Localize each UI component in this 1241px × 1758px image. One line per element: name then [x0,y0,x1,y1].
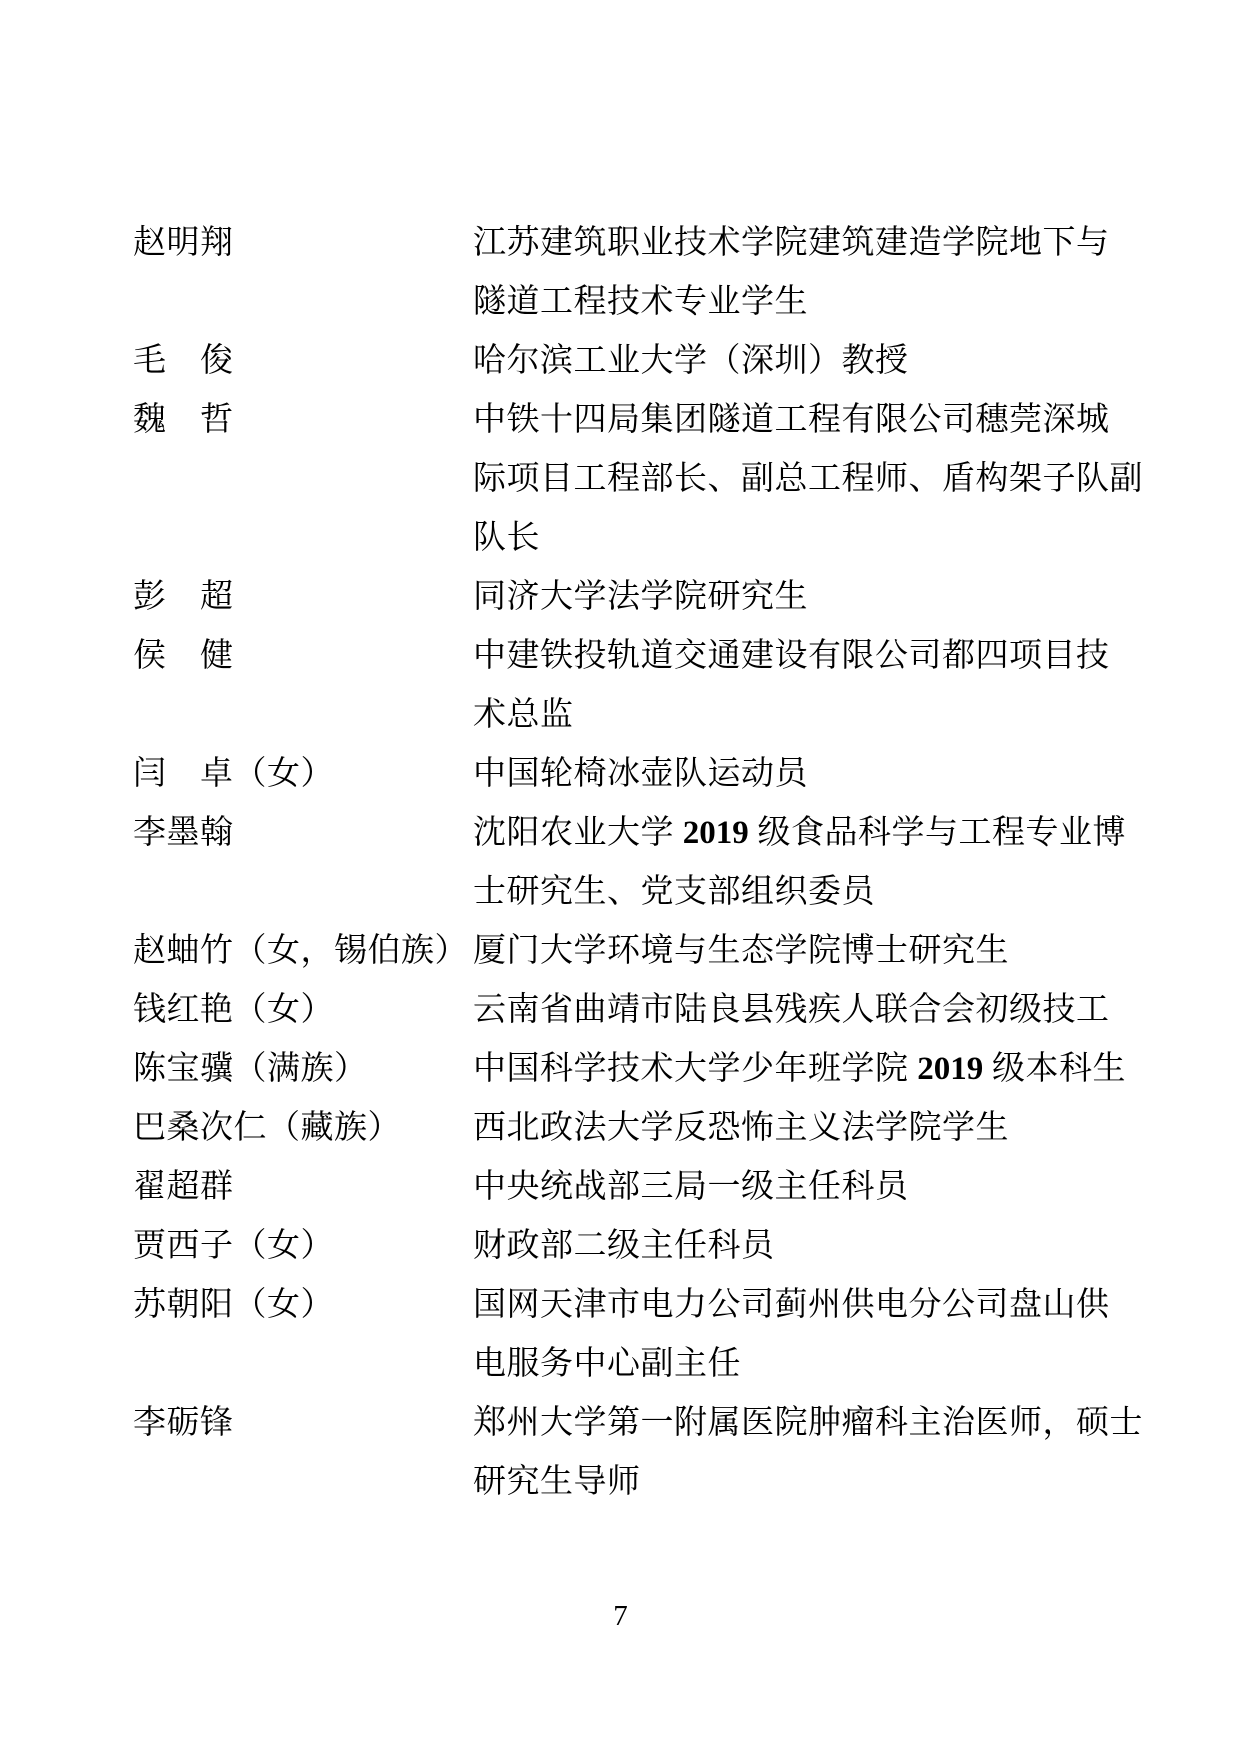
person-title: 西北政法大学反恐怖主义法学院学生 [473,1099,1193,1158]
title-line: 哈尔滨工业大学（深圳）教授 [473,332,1193,391]
list-entry: 巴桑次仁（藏族） 西北政法大学反恐怖主义法学院学生 [133,1099,1193,1158]
title-line: 财政部二级主任科员 [473,1217,1193,1276]
title-line: 中国科学技术大学少年班学院 2019 级本科生 [473,1040,1193,1099]
person-name: 陈宝骥（满族） [133,1040,473,1099]
person-title: 中国轮椅冰壶队运动员 [473,745,1193,804]
person-name: 毛 俊 [133,332,473,391]
title-line: 际项目工程部长、副总工程师、盾构架子队副 [473,450,1193,509]
title-line: 士研究生、党支部组织委员 [473,863,1193,922]
list-entry: 翟超群 中央统战部三局一级主任科员 [133,1158,1193,1217]
person-name: 李墨翰 [133,804,473,863]
person-title: 财政部二级主任科员 [473,1217,1193,1276]
person-name: 翟超群 [133,1158,473,1217]
title-line: 中央统战部三局一级主任科员 [473,1158,1193,1217]
title-line: 江苏建筑职业技术学院建筑建造学院地下与 [473,214,1193,273]
person-title: 中央统战部三局一级主任科员 [473,1158,1193,1217]
person-title: 厦门大学环境与生态学院博士研究生 [473,922,1193,981]
person-name: 贾西子（女） [133,1217,473,1276]
person-title: 中铁十四局集团隧道工程有限公司穗莞深城 际项目工程部长、副总工程师、盾构架子队副… [473,391,1193,568]
person-name: 李砺锋 [133,1394,473,1453]
list-entry: 陈宝骥（满族） 中国科学技术大学少年班学院 2019 级本科生 [133,1040,1193,1099]
list-entry: 魏 哲 中铁十四局集团隧道工程有限公司穗莞深城 际项目工程部长、副总工程师、盾构… [133,391,1193,568]
list-entry: 赵明翔 江苏建筑职业技术学院建筑建造学院地下与 隧道工程技术专业学生 [133,214,1193,332]
person-title: 哈尔滨工业大学（深圳）教授 [473,332,1193,391]
person-name: 赵明翔 [133,214,473,273]
list-entry: 李砺锋 郑州大学第一附属医院肿瘤科主治医师，硕士 研究生导师 [133,1394,1193,1512]
person-title: 江苏建筑职业技术学院建筑建造学院地下与 隧道工程技术专业学生 [473,214,1193,332]
title-line: 研究生导师 [473,1453,1193,1512]
person-name: 侯 健 [133,627,473,686]
list-entry: 苏朝阳（女） 国网天津市电力公司蓟州供电分公司盘山供 电服务中心副主任 [133,1276,1193,1394]
list-entry: 钱红艳（女） 云南省曲靖市陆良县残疾人联合会初级技工 [133,981,1193,1040]
person-title: 国网天津市电力公司蓟州供电分公司盘山供 电服务中心副主任 [473,1276,1193,1394]
list-entry: 闫 卓（女） 中国轮椅冰壶队运动员 [133,745,1193,804]
person-name: 钱红艳（女） [133,981,473,1040]
title-line: 中国轮椅冰壶队运动员 [473,745,1193,804]
person-name: 魏 哲 [133,391,473,450]
person-title: 中建铁投轨道交通建设有限公司都四项目技 术总监 [473,627,1193,745]
list-entry: 李墨翰 沈阳农业大学 2019 级食品科学与工程专业博 士研究生、党支部组织委员 [133,804,1193,922]
person-title: 云南省曲靖市陆良县残疾人联合会初级技工 [473,981,1193,1040]
list-entry: 毛 俊 哈尔滨工业大学（深圳）教授 [133,332,1193,391]
title-line: 术总监 [473,686,1193,745]
list-entry: 彭 超 同济大学法学院研究生 [133,568,1193,627]
list-entry: 赵蚰竹（女，锡伯族） 厦门大学环境与生态学院博士研究生 [133,922,1193,981]
page-number: 7 [0,1598,1241,1634]
list-entry: 侯 健 中建铁投轨道交通建设有限公司都四项目技 术总监 [133,627,1193,745]
person-name: 苏朝阳（女） [133,1276,473,1335]
title-line: 沈阳农业大学 2019 级食品科学与工程专业博 [473,804,1193,863]
person-title: 中国科学技术大学少年班学院 2019 级本科生 [473,1040,1193,1099]
title-line: 队长 [473,509,1193,568]
title-line: 国网天津市电力公司蓟州供电分公司盘山供 [473,1276,1193,1335]
title-line: 中铁十四局集团隧道工程有限公司穗莞深城 [473,391,1193,450]
title-line: 隧道工程技术专业学生 [473,273,1193,332]
recognition-list: 赵明翔 江苏建筑职业技术学院建筑建造学院地下与 隧道工程技术专业学生 毛 俊 哈… [133,214,1193,1512]
person-title: 沈阳农业大学 2019 级食品科学与工程专业博 士研究生、党支部组织委员 [473,804,1193,922]
title-line: 中建铁投轨道交通建设有限公司都四项目技 [473,627,1193,686]
title-line: 电服务中心副主任 [473,1335,1193,1394]
person-title: 同济大学法学院研究生 [473,568,1193,627]
title-line: 同济大学法学院研究生 [473,568,1193,627]
document-page: 赵明翔 江苏建筑职业技术学院建筑建造学院地下与 隧道工程技术专业学生 毛 俊 哈… [0,0,1241,1758]
title-line: 西北政法大学反恐怖主义法学院学生 [473,1099,1193,1158]
title-line: 厦门大学环境与生态学院博士研究生 [473,922,1193,981]
person-name: 巴桑次仁（藏族） [133,1099,473,1158]
person-name: 闫 卓（女） [133,745,473,804]
list-entry: 贾西子（女） 财政部二级主任科员 [133,1217,1193,1276]
person-title: 郑州大学第一附属医院肿瘤科主治医师，硕士 研究生导师 [473,1394,1193,1512]
person-name: 赵蚰竹（女，锡伯族） [133,922,473,981]
person-name: 彭 超 [133,568,473,627]
title-line: 云南省曲靖市陆良县残疾人联合会初级技工 [473,981,1193,1040]
title-line: 郑州大学第一附属医院肿瘤科主治医师，硕士 [473,1394,1193,1453]
